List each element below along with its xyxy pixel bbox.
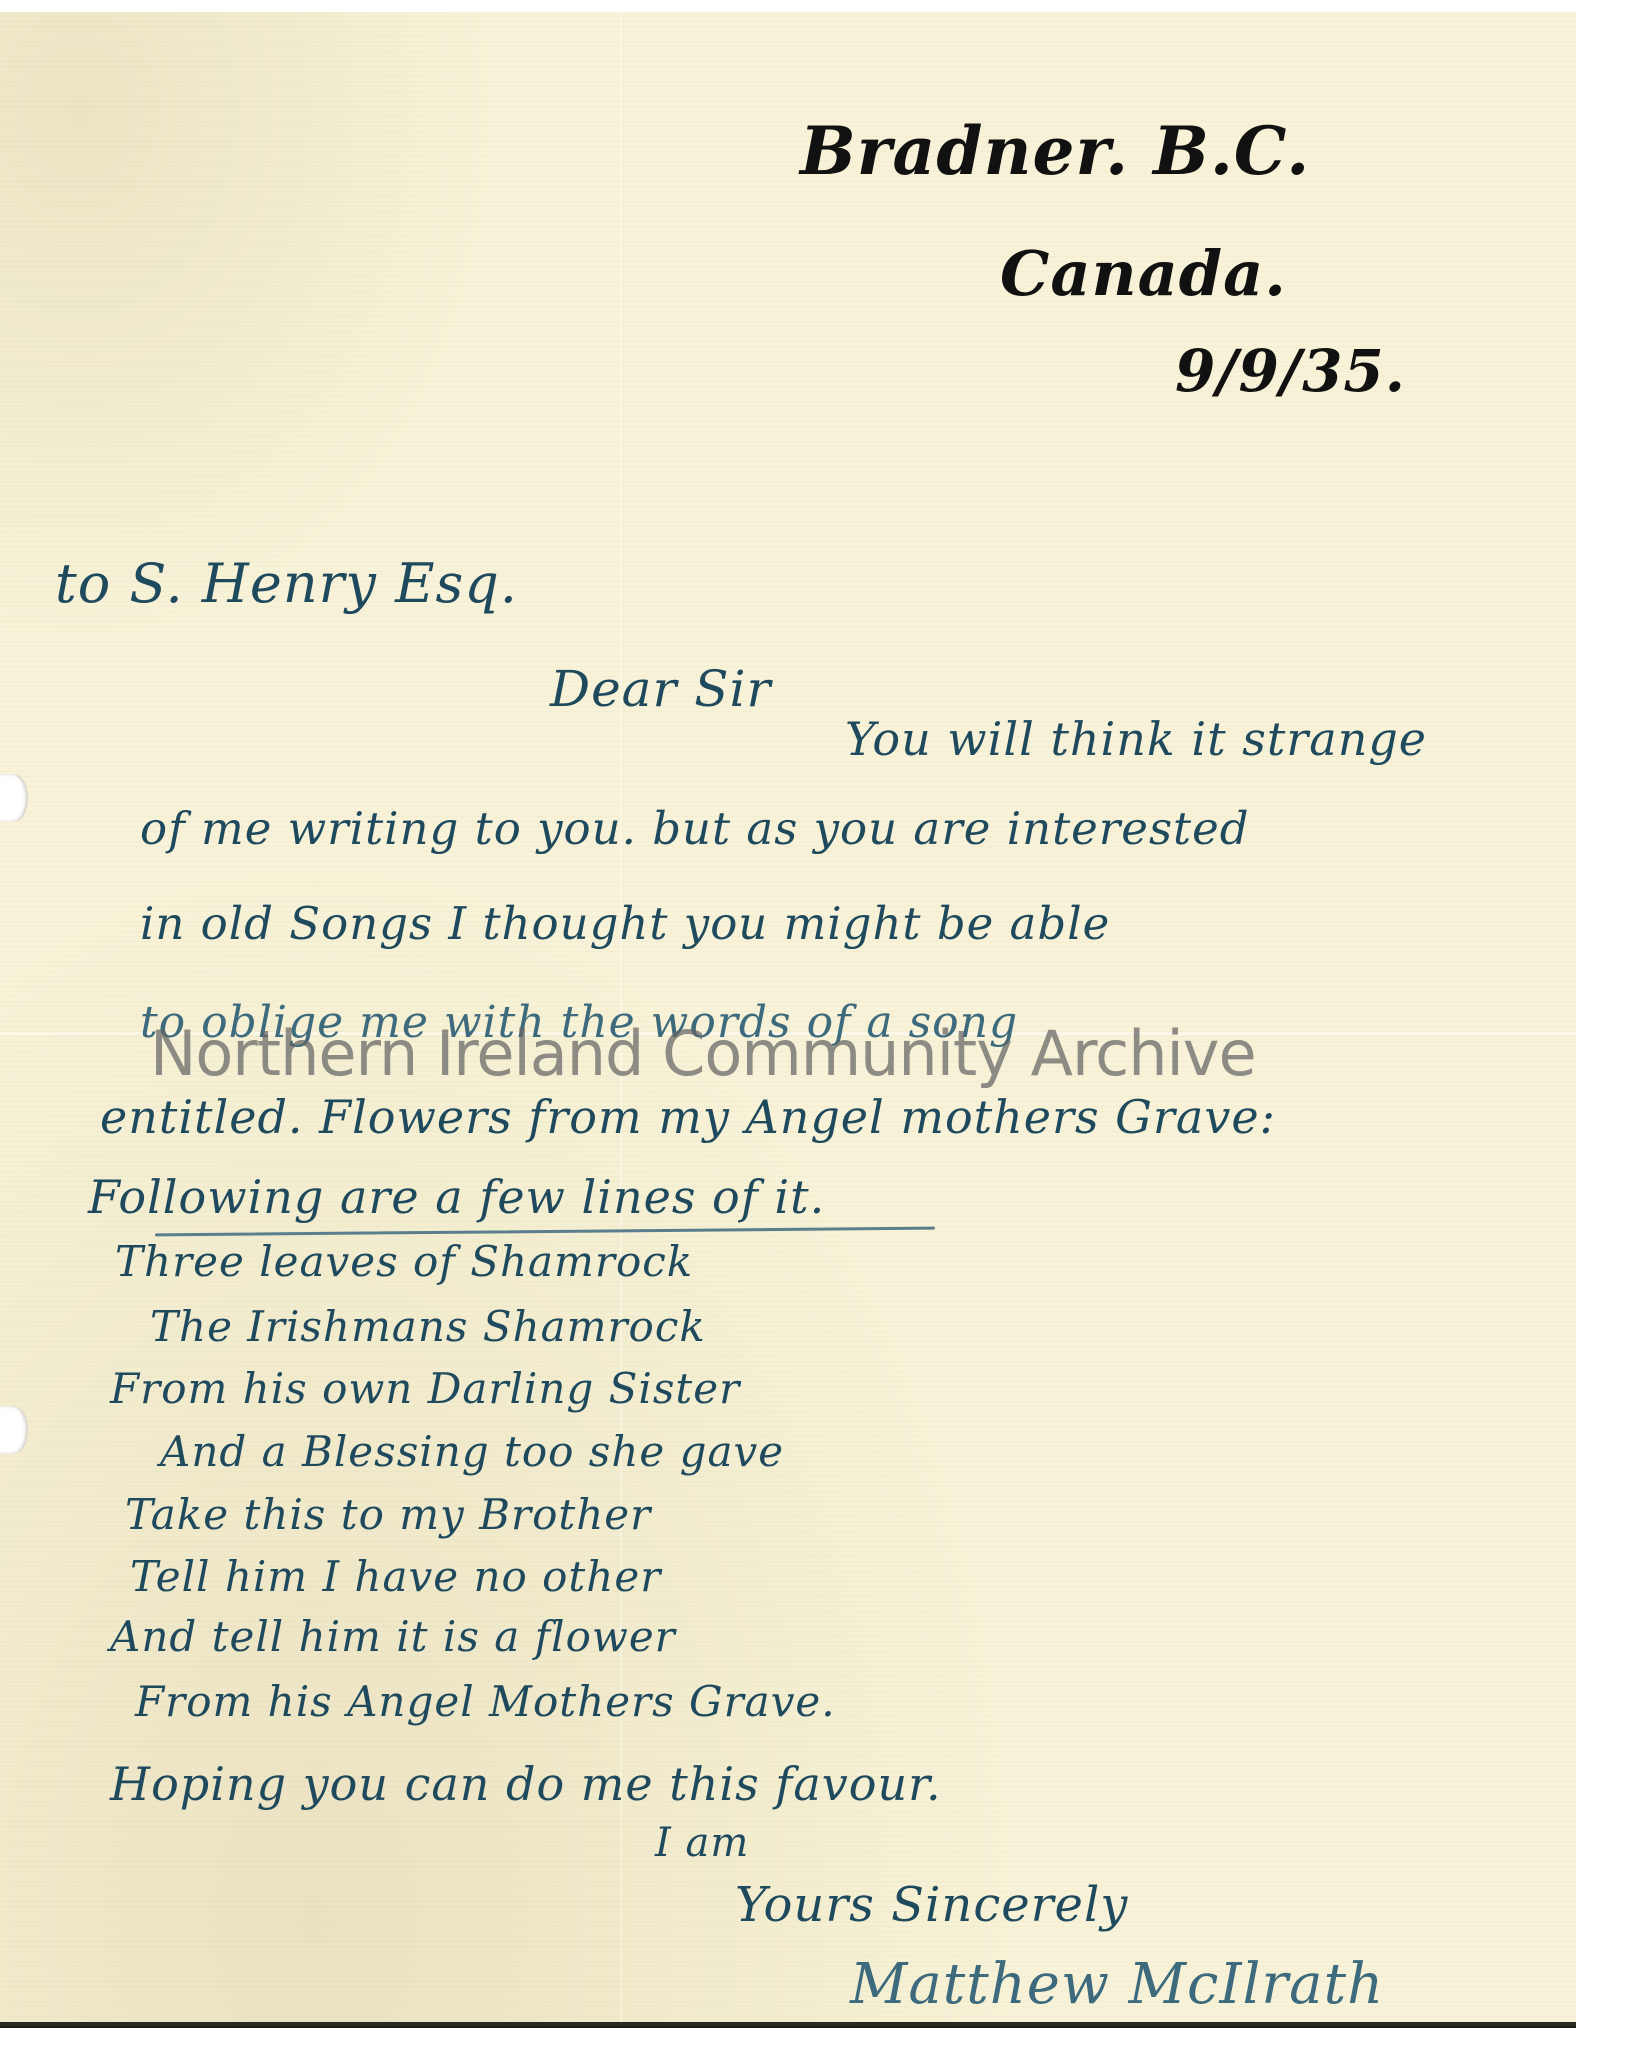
body-line-4: to oblige me with the words of a song — [140, 997, 1018, 1048]
song-line-2: The Irishmans Shamrock — [150, 1302, 706, 1351]
valediction: Yours Sincerely — [735, 1877, 1128, 1933]
underline-stroke — [155, 1227, 935, 1237]
song-line-5: Take this to my Brother — [125, 1490, 651, 1539]
body-line-2: of me writing to you. but as you are int… — [140, 802, 1250, 855]
punch-hole-bottom — [0, 1406, 28, 1454]
body-line-6: Following are a few lines of it. — [88, 1170, 825, 1224]
song-line-8: From his Angel Mothers Grave. — [135, 1677, 836, 1726]
song-line-1: Three leaves of Shamrock — [115, 1237, 693, 1286]
salutation: Dear Sir — [550, 660, 771, 718]
recipient-line: to S. Henry Esq. — [55, 552, 518, 615]
song-line-3: From his own Darling Sister — [110, 1364, 740, 1413]
recipient-name: S. Henry Esq. — [129, 552, 518, 615]
recipient-prefix: to — [55, 552, 111, 615]
address-line-1: Bradner. B.C. — [800, 112, 1310, 190]
song-line-4: And a Blessing too she gave — [160, 1427, 784, 1476]
closing-line: Hoping you can do me this favour. — [110, 1757, 942, 1811]
body-line-1: You will think it strange — [845, 712, 1427, 766]
letter-date: 9/9/35. — [1175, 337, 1406, 405]
body-line-5: entitled. Flowers from my Angel mothers … — [100, 1090, 1276, 1144]
letter-paper: Bradner. B.C. Canada. 9/9/35. to S. Henr… — [0, 12, 1576, 2026]
signature: Matthew McIlrath — [850, 1952, 1384, 2017]
punch-hole-top — [0, 774, 28, 822]
address-line-2: Canada. — [1000, 237, 1287, 310]
song-line-7: And tell him it is a flower — [110, 1612, 676, 1661]
song-line-6: Tell him I have no other — [130, 1552, 661, 1601]
body-line-3: in old Songs I thought you might be able — [140, 897, 1110, 950]
closing-i-am: I am — [655, 1820, 749, 1866]
